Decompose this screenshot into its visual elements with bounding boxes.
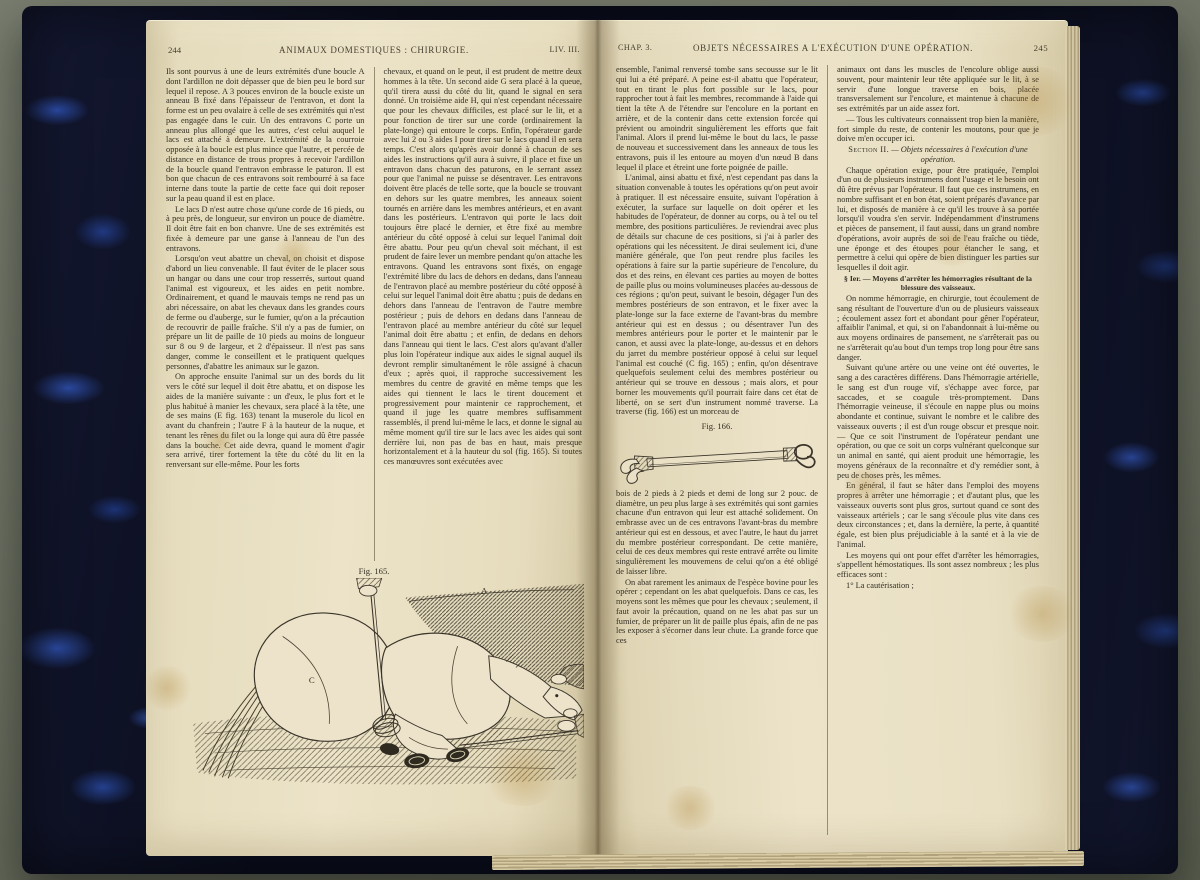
left-page: 244 ANIMAUX DOMESTIQUES : CHIRURGIE. LIV…	[146, 20, 598, 856]
right-page: CHAP. 3. OBJETS NÉCESSAIRES A L'EXÉCUTIO…	[598, 20, 1068, 856]
paragraph: L'animal, ainsi abattu et fixé, n'est ce…	[616, 173, 818, 417]
left-column-2: chevaux, et quand on le peut, il est pru…	[374, 67, 583, 561]
left-page-header: 244 ANIMAUX DOMESTIQUES : CHIRURGIE. LIV…	[166, 45, 582, 58]
paragraph: — Tous les cultivateurs connaissent trop…	[837, 115, 1039, 144]
left-running-title: ANIMAUX DOMESTIQUES : CHIRURGIE.	[166, 45, 582, 55]
paragraph: chevaux, et quand on le peut, il est pru…	[384, 67, 583, 467]
paragraph: Lorsqu'on veut abattre un cheval, on cho…	[166, 254, 365, 371]
figure-166: Fig. 166.	[616, 422, 818, 486]
figure-166-caption: Fig. 166.	[616, 422, 818, 432]
subsection-heading: § Ier. — Moyens d'arrêter les hémorragie…	[837, 274, 1039, 293]
paragraph: animaux ont dans les muscles de l'encolu…	[837, 65, 1039, 114]
figure-166-engraving-traverse	[617, 434, 817, 486]
paragraph: ensemble, l'animal renversé tombe sans s…	[616, 65, 818, 172]
left-column-1: Ils sont pourvus à une de leurs extrémit…	[166, 67, 365, 561]
paragraph: Ils sont pourvus à une de leurs extrémit…	[166, 67, 365, 204]
figure-165-caption: Fig. 165.	[166, 566, 582, 576]
paragraph: bois de 2 pieds à 2 pieds et demi de lon…	[616, 489, 818, 577]
subsection-label: § Ier.	[844, 274, 861, 283]
paragraph: Les moyens qui ont pour effet d'arrêter …	[837, 551, 1039, 580]
right-page-columns: ensemble, l'animal renversé tombe sans s…	[616, 65, 1050, 835]
right-page-header: CHAP. 3. OBJETS NÉCESSAIRES A L'EXÉCUTIO…	[616, 43, 1050, 56]
right-column-2: animaux ont dans les muscles de l'encolu…	[827, 65, 1039, 835]
right-column-1: ensemble, l'animal renversé tombe sans s…	[616, 65, 818, 835]
section-title: — Objets nécessaires à l'exécution d'une…	[891, 145, 1028, 164]
paragraph: On abat rarement les animaux de l'espèce…	[616, 578, 818, 646]
figure-165-label-c: C	[309, 675, 315, 685]
page-spread: 244 ANIMAUX DOMESTIQUES : CHIRURGIE. LIV…	[146, 20, 1068, 856]
right-page-number: 245	[1034, 43, 1048, 53]
paragraph: Le lacs D n'est autre chose qu'une corde…	[166, 205, 365, 254]
open-book: 244 ANIMAUX DOMESTIQUES : CHIRURGIE. LIV…	[22, 6, 1178, 874]
paragraph: En général, il faut se hâter dans l'empl…	[837, 481, 1039, 549]
paragraph: Suivant qu'une artère ou une veine ont é…	[837, 363, 1039, 480]
section-heading: Section II. — Objets nécessaires à l'exé…	[837, 145, 1039, 165]
figure-165-label-a: A	[481, 586, 488, 596]
left-page-columns: Ils sont pourvus à une de leurs extrémit…	[166, 67, 582, 561]
left-corner-label: LIV. III.	[549, 45, 580, 54]
paragraph: On approche ensuite l'animal sur un des …	[166, 372, 365, 470]
figure-165-engraving-horse-cast: A C	[166, 578, 584, 790]
right-running-title: OBJETS NÉCESSAIRES A L'EXÉCUTION D'UNE O…	[616, 43, 1050, 53]
paragraph: Chaque opération exige, pour être pratiq…	[837, 166, 1039, 273]
section-label: Section II.	[848, 145, 889, 154]
paragraph: 1° La cautérisation ;	[837, 581, 1039, 591]
fore-edge-page-stack	[1065, 26, 1080, 850]
figure-165: Fig. 165.	[166, 566, 582, 790]
subsection-title: — Moyens d'arrêter les hémorragies résul…	[863, 274, 1032, 293]
paragraph: On nomme hémorragie, en chirurgie, tout …	[837, 294, 1039, 362]
